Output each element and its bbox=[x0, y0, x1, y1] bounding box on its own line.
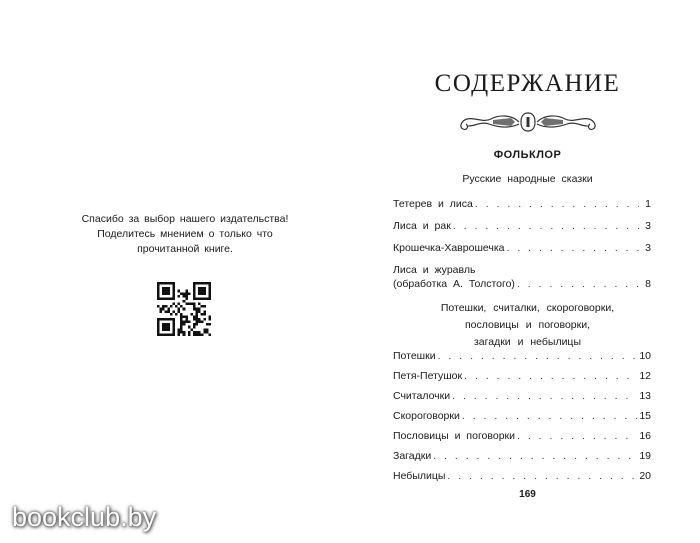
leader-dots bbox=[452, 389, 637, 403]
leader-dots bbox=[475, 197, 639, 211]
toc-entry[interactable]: Петя-Петушок 12 bbox=[393, 370, 651, 383]
leader-dots bbox=[517, 429, 637, 443]
toc-entry-page: 19 bbox=[639, 449, 651, 463]
left-page: Спасибо за выбор нашего издательства! По… bbox=[0, 0, 345, 543]
toc-entry-page: 12 bbox=[639, 369, 651, 383]
toc-entry-page: 15 bbox=[639, 409, 651, 423]
thanks-message: Спасибо за выбор нашего издательства! По… bbox=[40, 212, 330, 257]
toc-entry-title: Пословицы и поговорки bbox=[393, 429, 515, 443]
toc-entry[interactable]: Небылицы 20 bbox=[393, 470, 651, 483]
toc-entry-title: Петя-Петушок bbox=[393, 369, 462, 383]
leader-dots bbox=[464, 369, 637, 383]
toc-entry-title: Лиса и журавль (обработка А. Толстого) bbox=[393, 263, 515, 291]
qr-code-icon bbox=[157, 282, 211, 336]
toc-entry[interactable]: Пословицы и поговорки 16 bbox=[393, 430, 651, 443]
toc-entry-title: Небылицы bbox=[393, 469, 445, 483]
toc-entry-title: Считалочки bbox=[393, 389, 450, 403]
toc-entry[interactable]: Лиса и рак 3 bbox=[393, 219, 651, 233]
toc-entry-page: 16 bbox=[639, 429, 651, 443]
page-title: СОДЕРЖАНИЕ bbox=[355, 70, 700, 98]
leader-dots bbox=[433, 449, 637, 463]
leader-dots bbox=[507, 241, 640, 255]
toc-entry[interactable]: Скороговорки 15 bbox=[393, 410, 651, 423]
toc-entry-title: Загадки bbox=[393, 449, 431, 463]
toc-list: Тетерев и лиса 1 Лиса и рак 3 Крошечка-Х… bbox=[393, 197, 651, 299]
toc-entry-page: 3 bbox=[641, 219, 651, 233]
toc-entry[interactable]: Считалочки 13 bbox=[393, 390, 651, 403]
toc-entry-title: Потешки bbox=[393, 349, 436, 363]
toc-entry[interactable]: Загадки 19 bbox=[393, 450, 651, 463]
section-title: ФОЛЬКЛОР bbox=[355, 149, 700, 161]
decorative-flourish-icon bbox=[453, 109, 603, 135]
toc-entry[interactable]: Лиса и журавль (обработка А. Толстого) 8 bbox=[393, 263, 651, 291]
toc-entry-title: Скороговорки bbox=[393, 409, 460, 423]
toc-entry[interactable]: Тетерев и лиса 1 bbox=[393, 197, 651, 211]
toc-entry-title: Крошечка-Хаврошечка bbox=[393, 241, 505, 255]
toc-entry-page: 3 bbox=[641, 241, 651, 255]
toc-list: Потешки 10 Петя-Петушок 12 Считалочки 13… bbox=[393, 350, 651, 490]
subsection-title: Русские народные сказки bbox=[355, 173, 700, 185]
toc-entry-page: 1 bbox=[641, 197, 651, 211]
toc-entry-page: 10 bbox=[639, 349, 651, 363]
toc-entry[interactable]: Крошечка-Хаврошечка 3 bbox=[393, 241, 651, 255]
toc-entry-page: 13 bbox=[639, 389, 651, 403]
toc-entry[interactable]: Потешки 10 bbox=[393, 350, 651, 363]
page-number: 169 bbox=[355, 489, 700, 500]
watermark: bookclub.by bbox=[12, 502, 156, 533]
leader-dots bbox=[447, 469, 637, 483]
leader-dots bbox=[438, 349, 638, 363]
toc-entry-title: Лиса и рак bbox=[393, 219, 451, 233]
leader-dots bbox=[462, 409, 637, 423]
leader-dots bbox=[453, 219, 639, 233]
toc-entry-page: 8 bbox=[641, 277, 651, 291]
right-page: СОДЕРЖАНИЕ ФОЛЬКЛОР Русские народные ска… bbox=[355, 0, 700, 543]
leader-dots bbox=[517, 277, 639, 291]
toc-entry-title: Тетерев и лиса bbox=[393, 197, 473, 211]
subsection-title: Потешки, считалки, скороговорки, послови… bbox=[355, 300, 700, 351]
toc-entry-page: 20 bbox=[639, 469, 651, 483]
